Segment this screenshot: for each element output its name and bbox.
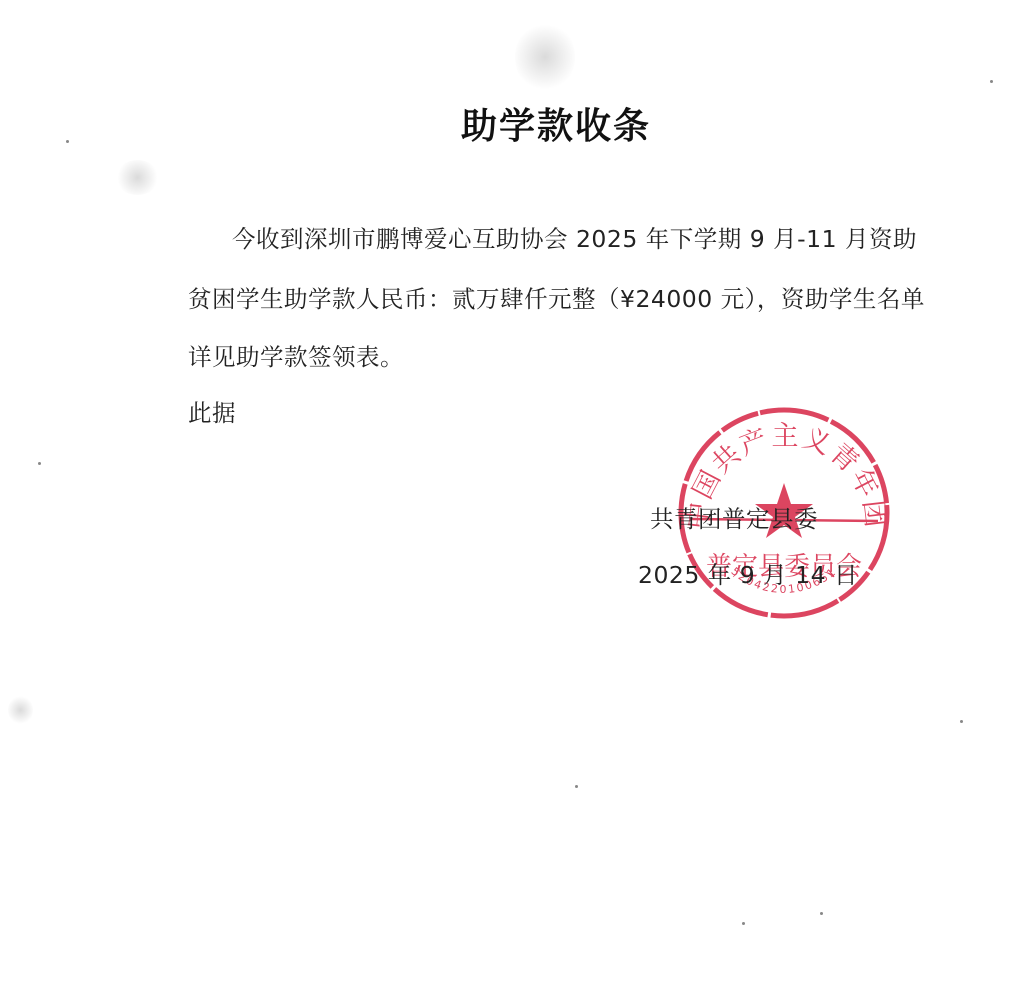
- receipt-page: 助学款收条 今收到深圳市鹏博爱心互助协会 2025 年下学期 9 月-11 月资…: [0, 0, 1024, 997]
- scan-smudge: [515, 22, 575, 92]
- scan-smudge: [115, 160, 160, 195]
- signing-organization: 共青团普定县委: [650, 500, 818, 534]
- closing-text: 此据: [188, 394, 236, 428]
- body-line-2: 贫困学生助学款人民币：贰万肆仟元整（¥24000 元），资助学生名单: [188, 280, 925, 314]
- signing-date: 2025 年 9 月 14 日: [638, 556, 858, 590]
- scan-smudge: [8, 695, 33, 725]
- body-line-3: 详见助学款签领表。: [188, 338, 404, 372]
- body-line-1: 今收到深圳市鹏博爱心互助协会 2025 年下学期 9 月-11 月资助: [232, 220, 917, 254]
- document-title: 助学款收条: [0, 98, 1024, 149]
